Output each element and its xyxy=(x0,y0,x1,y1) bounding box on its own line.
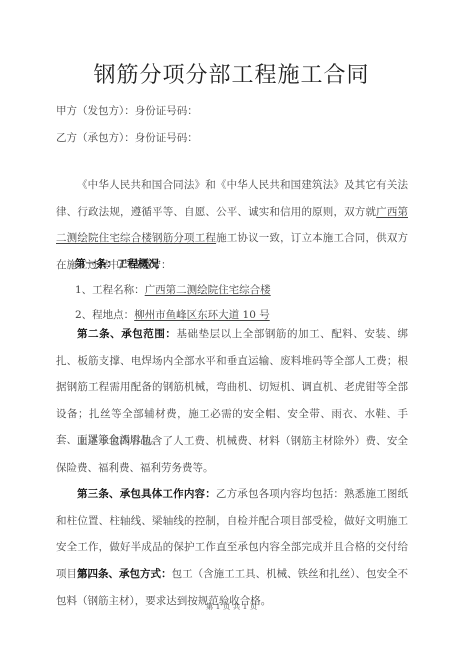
article2-note: 上述承包内容包含了人工费、机械费、材料（钢筋主材除外）费、安全保险费、福利费、福… xyxy=(56,428,408,481)
party-a-line: 甲方（发包方）：身份证号码： xyxy=(56,103,198,118)
party-b-line: 乙方（承包方）：身份证号码： xyxy=(56,130,198,145)
item2-value: 柳州市鱼峰区东环大道 10 号 xyxy=(134,309,270,321)
article1-item2: 2、程地点：柳州市鱼峰区东环大道 10 号 xyxy=(75,307,270,322)
document-page: 钢筋分项分部工程施工合同 甲方（发包方）：身份证号码： 乙方（承包方）：身份证号… xyxy=(0,0,463,655)
article2-heading: 第二条、承包范围： xyxy=(77,328,176,340)
item2-label: 2、程地点： xyxy=(75,309,134,321)
preamble-text-1: 《中华人民共和国合同法》和《中华人民共和国建筑法》及其它有关法律、行政法规，遵循… xyxy=(56,179,408,218)
article1-heading: 第一条：工程概况 xyxy=(75,256,159,271)
contract-title: 钢筋分项分部工程施工合同 xyxy=(0,58,463,89)
item1-label: 1、工程名称： xyxy=(75,284,145,296)
article1-item1: 1、工程名称：广西第二测绘院住宅综合楼 xyxy=(75,282,271,297)
article3-heading: 第三条、承包具体工作内容： xyxy=(77,488,216,500)
item1-value: 广西第二测绘院住宅综合楼 xyxy=(145,284,271,296)
article4-heading: 第四条、承包方式： xyxy=(77,568,172,580)
page-number-footer: 第 1 页 共 1 页 xyxy=(0,601,463,612)
